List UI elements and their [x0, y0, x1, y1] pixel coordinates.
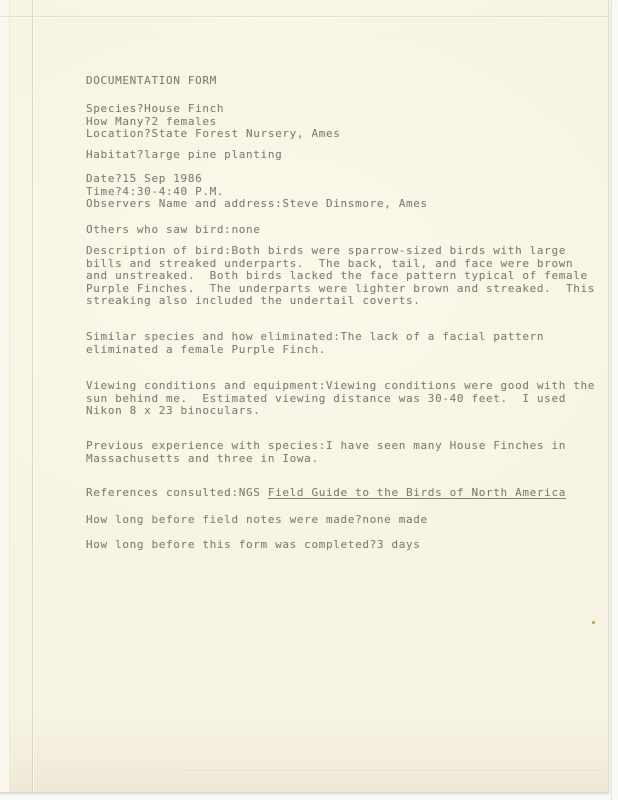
paper-crease-bottom [180, 770, 600, 771]
paper-speck [592, 621, 595, 624]
paper-left-edge [0, 0, 10, 792]
references-book-title: Field Guide to the Birds of North Americ… [268, 486, 566, 499]
field-references-consulted: References consulted:NGS Field Guide to … [86, 487, 566, 500]
references-label: References consulted:NGS [86, 486, 268, 499]
paper-sheet: DOCUMENTATION FORM Species?House Finch H… [0, 0, 609, 793]
field-date-time-observer: Date?15 Sep 1986 Time?4:30-4:40 P.M. Obs… [86, 173, 428, 211]
field-others-who-saw-bird: Others who saw bird:none [86, 224, 261, 237]
form-title: DOCUMENTATION FORM [86, 75, 217, 88]
field-description-of-bird: Description of bird:Both birds were spar… [86, 245, 595, 308]
field-viewing-conditions: Viewing conditions and equipment:Viewing… [86, 380, 595, 418]
field-species-howmany-location: Species?House Finch How Many?2 females L… [86, 103, 341, 141]
field-similar-species: Similar species and how eliminated:The l… [86, 331, 544, 356]
scanner-edge-line [611, 0, 612, 800]
field-how-long-before-field-notes: How long before field notes were made?no… [86, 514, 428, 527]
field-previous-experience: Previous experience with species:I have … [86, 440, 566, 465]
paper-crease-vertical [32, 0, 33, 792]
field-how-long-before-form-completed: How long before this form was completed?… [86, 539, 421, 552]
scanned-document: DOCUMENTATION FORM Species?House Finch H… [0, 0, 618, 800]
paper-crease-horizontal [0, 16, 608, 17]
field-habitat: Habitat?large pine planting [86, 149, 282, 162]
